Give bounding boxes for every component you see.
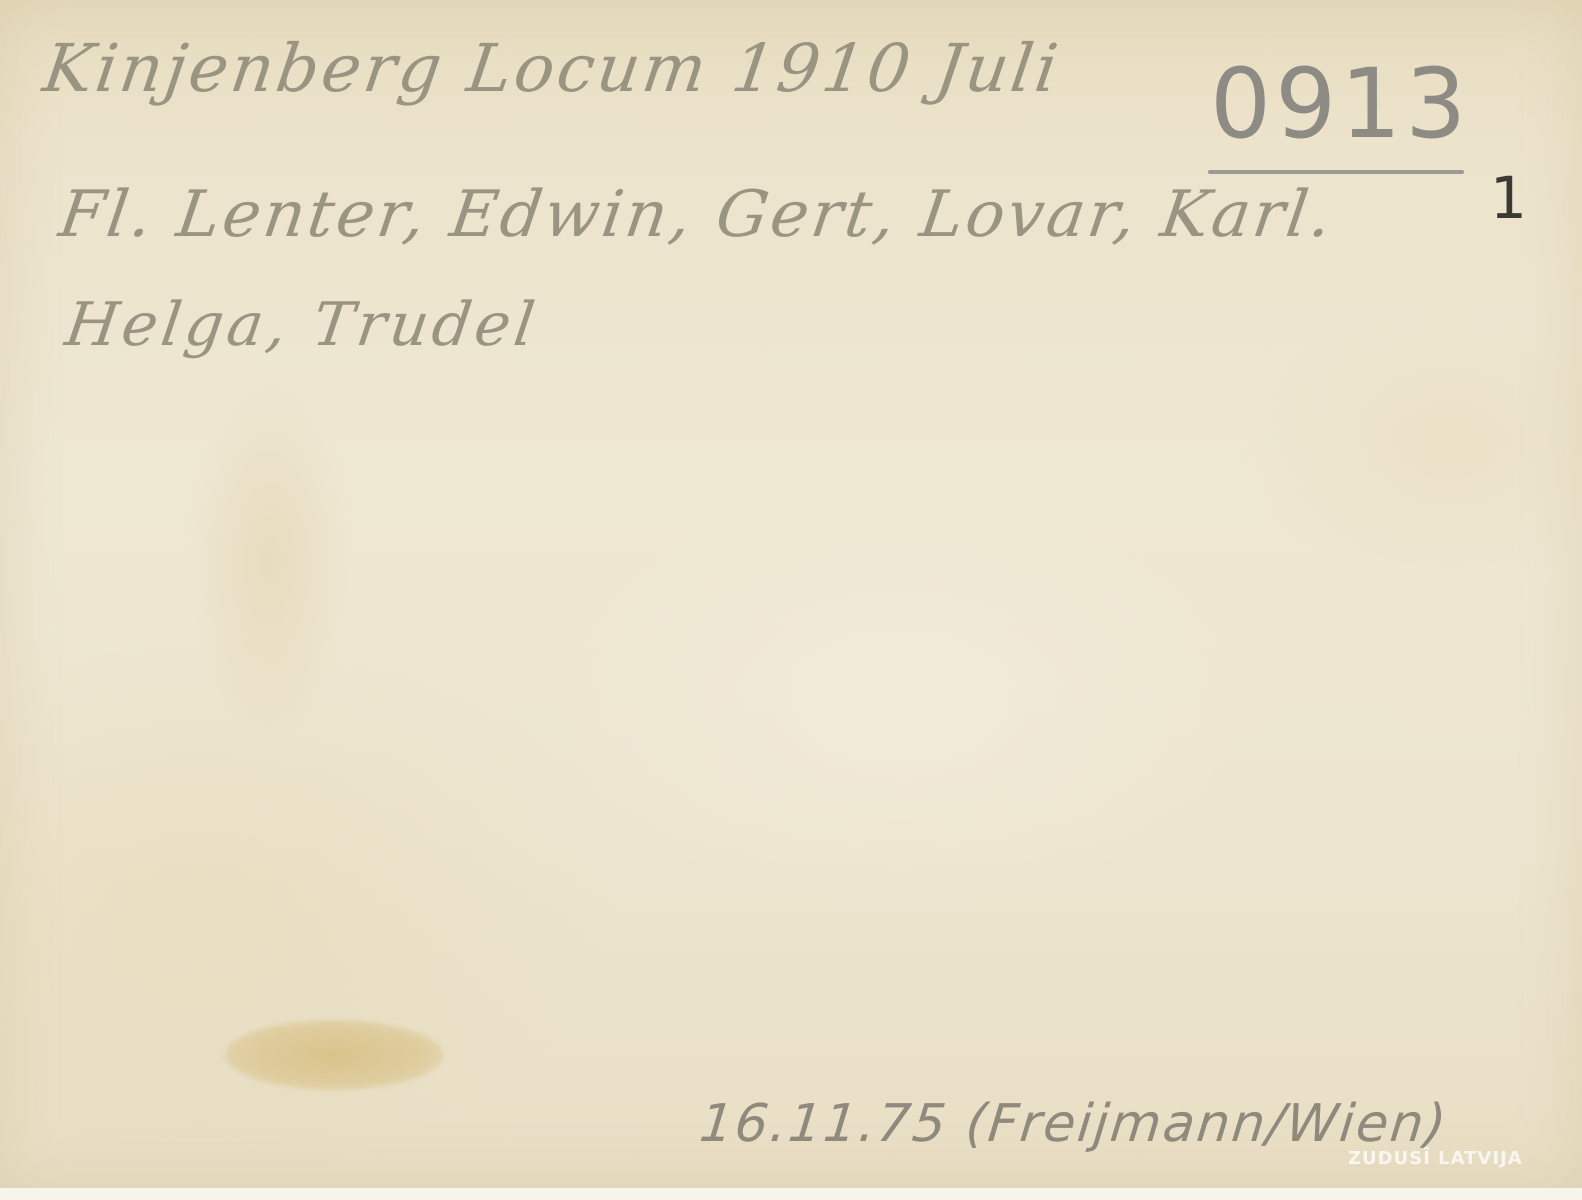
archive-number-underline [1208, 170, 1464, 174]
footer-date-note: 16.11.75 (Freijmann/Wien) [697, 1094, 1451, 1154]
handwritten-line-2: Fl. Lenter, Edwin, Gert, Lovar, Karl. [55, 178, 1339, 252]
archive-number: 0913 [1210, 48, 1470, 160]
handwritten-line-1: Kinjenberg Locum 1910 Juli [39, 30, 1066, 107]
watermark: ZUDUSĪ LATVIJA [1348, 1148, 1523, 1169]
page-marker: 1 [1490, 164, 1527, 232]
stain-mark [225, 1020, 443, 1090]
bottom-border [0, 1188, 1582, 1200]
handwritten-line-3: Helga, Trudel [61, 290, 543, 360]
photo-card-back: Kinjenberg Locum 1910 Juli Fl. Lenter, E… [0, 0, 1582, 1190]
